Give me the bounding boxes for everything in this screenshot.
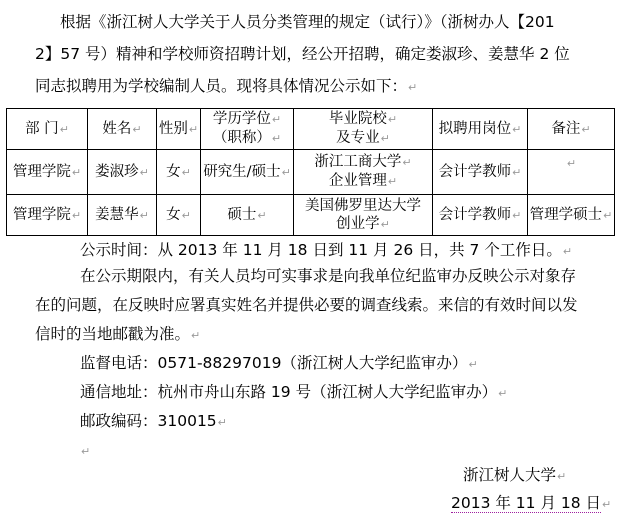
paragraph-mark-icon: ↵ [563,245,572,258]
paragraph-mark-icon: ↵ [191,329,200,342]
table-row: 管理学院↵ 姜慧华↵ 女↵ 硕士↵ 美国佛罗里达大学创业学↵ 会计学教师↵ 管理… [7,195,615,236]
intro-line-3: 同志拟聘用为学校编制人员。现将具体情况公示如下：↵ [35,76,417,98]
cell-gender: 女↵ [157,150,201,195]
header-remark: 备注↵ [528,109,615,150]
feedback-text-2: 在的问题，在反映时应署真实姓名并提供必要的调查线索。来信的有效时间以发 [35,296,578,314]
header-position: 拟聘用岗位↵ [433,109,528,150]
cell-position: 会计学教师↵ [433,195,528,236]
empty-paragraph: ↵ [80,440,90,462]
cell-department: 管理学院↵ [7,150,88,195]
paragraph-mark-icon: ↵ [468,358,477,371]
paragraph-mark-icon: ↵ [218,416,227,429]
cell-degree: 硕士↵ [201,195,294,236]
intro-line-2: 2】57 号）精神和学校师资招聘计划，经公开招聘，确定娄淑珍、姜慧华 2 位 [35,44,570,64]
address-line: 通信地址：杭州市舟山东路 19 号（浙江树人大学纪监审办）↵ [80,382,507,404]
header-department: 部 门↵ [7,109,88,150]
period-text: 公示时间：从 2013 年 11 月 18 日到 11 月 26 日，共 7 个… [80,241,562,259]
signature-org: 浙江树人大学 [463,466,556,484]
feedback-line-1: 在公示期限内，有关人员均可实事求是向我单位纪监审办反映公示对象存 [80,266,576,286]
phone-line: 监督电话：0571-88297019（浙江树人大学纪监审办）↵ [80,353,478,375]
intro-text-2: 2】57 号）精神和学校师资招聘计划，经公开招聘，确定娄淑珍、姜慧华 2 位 [35,45,570,63]
feedback-text-1: 在公示期限内，有关人员均可实事求是向我单位纪监审办反映公示对象存 [80,267,576,285]
intro-text-1: 根据《浙江树人大学关于人员分类管理的规定（试行）》（浙树办人【201 [60,13,555,31]
signature-date-line: 2013 年 11 月 18 日↵ [451,493,611,515]
cell-gender: 女↵ [157,195,201,236]
signature-org-line: 浙江树人大学↵ [463,465,566,487]
postcode-line: 邮政编码：310015↵ [80,411,227,433]
signature-date: 2013 年 11 月 18 日 [451,494,601,513]
cell-school: 浙江工商大学↵企业管理↵ [294,150,433,195]
cell-name: 娄淑珍↵ [88,150,157,195]
paragraph-mark-icon: ↵ [602,498,611,511]
paragraph-mark-icon: ↵ [557,470,566,483]
paragraph-mark-icon: ↵ [81,445,90,458]
table-header-row: 部 门↵ 姓名↵ 性别↵ 学历学位↵（职称）↵ 毕业院校↵及专业↵ 拟聘用岗位↵… [7,109,615,150]
header-name: 姓名↵ [88,109,157,150]
intro-line-1: 根据《浙江树人大学关于人员分类管理的规定（试行）》（浙树办人【201 [60,12,555,32]
cell-degree: 研究生/硕士↵ [201,150,294,195]
cell-remark: 管理学硕士↵ [528,195,615,236]
header-school: 毕业院校↵及专业↵ [294,109,433,150]
period-line: 公示时间：从 2013 年 11 月 18 日到 11 月 26 日，共 7 个… [80,240,572,262]
cell-department: 管理学院↵ [7,195,88,236]
table-row: 管理学院↵ 娄淑珍↵ 女↵ 研究生/硕士↵ 浙江工商大学↵企业管理↵ 会计学教师… [7,150,615,195]
paragraph-mark-icon: ↵ [498,387,507,400]
paragraph-mark-icon: ↵ [408,81,417,94]
cell-school: 美国佛罗里达大学创业学↵ [294,195,433,236]
header-gender: 性别↵ [157,109,201,150]
header-degree: 学历学位↵（职称）↵ [201,109,294,150]
intro-text-3: 同志拟聘用为学校编制人员。现将具体情况公示如下： [35,77,407,95]
postcode-text: 邮政编码：310015 [80,412,217,430]
phone-text: 监督电话：0571-88297019（浙江树人大学纪监审办） [80,354,467,372]
candidates-table: 部 门↵ 姓名↵ 性别↵ 学历学位↵（职称）↵ 毕业院校↵及专业↵ 拟聘用岗位↵… [6,108,615,236]
address-text: 通信地址：杭州市舟山东路 19 号（浙江树人大学纪监审办） [80,383,497,401]
cell-position: 会计学教师↵ [433,150,528,195]
feedback-line-2: 在的问题，在反映时应署真实姓名并提供必要的调查线索。来信的有效时间以发 [35,295,578,315]
cell-remark: ↵ [528,150,615,195]
feedback-text-3: 信时的当地邮戳为准。 [35,325,190,343]
feedback-line-3: 信时的当地邮戳为准。↵ [35,324,200,346]
cell-name: 姜慧华↵ [88,195,157,236]
